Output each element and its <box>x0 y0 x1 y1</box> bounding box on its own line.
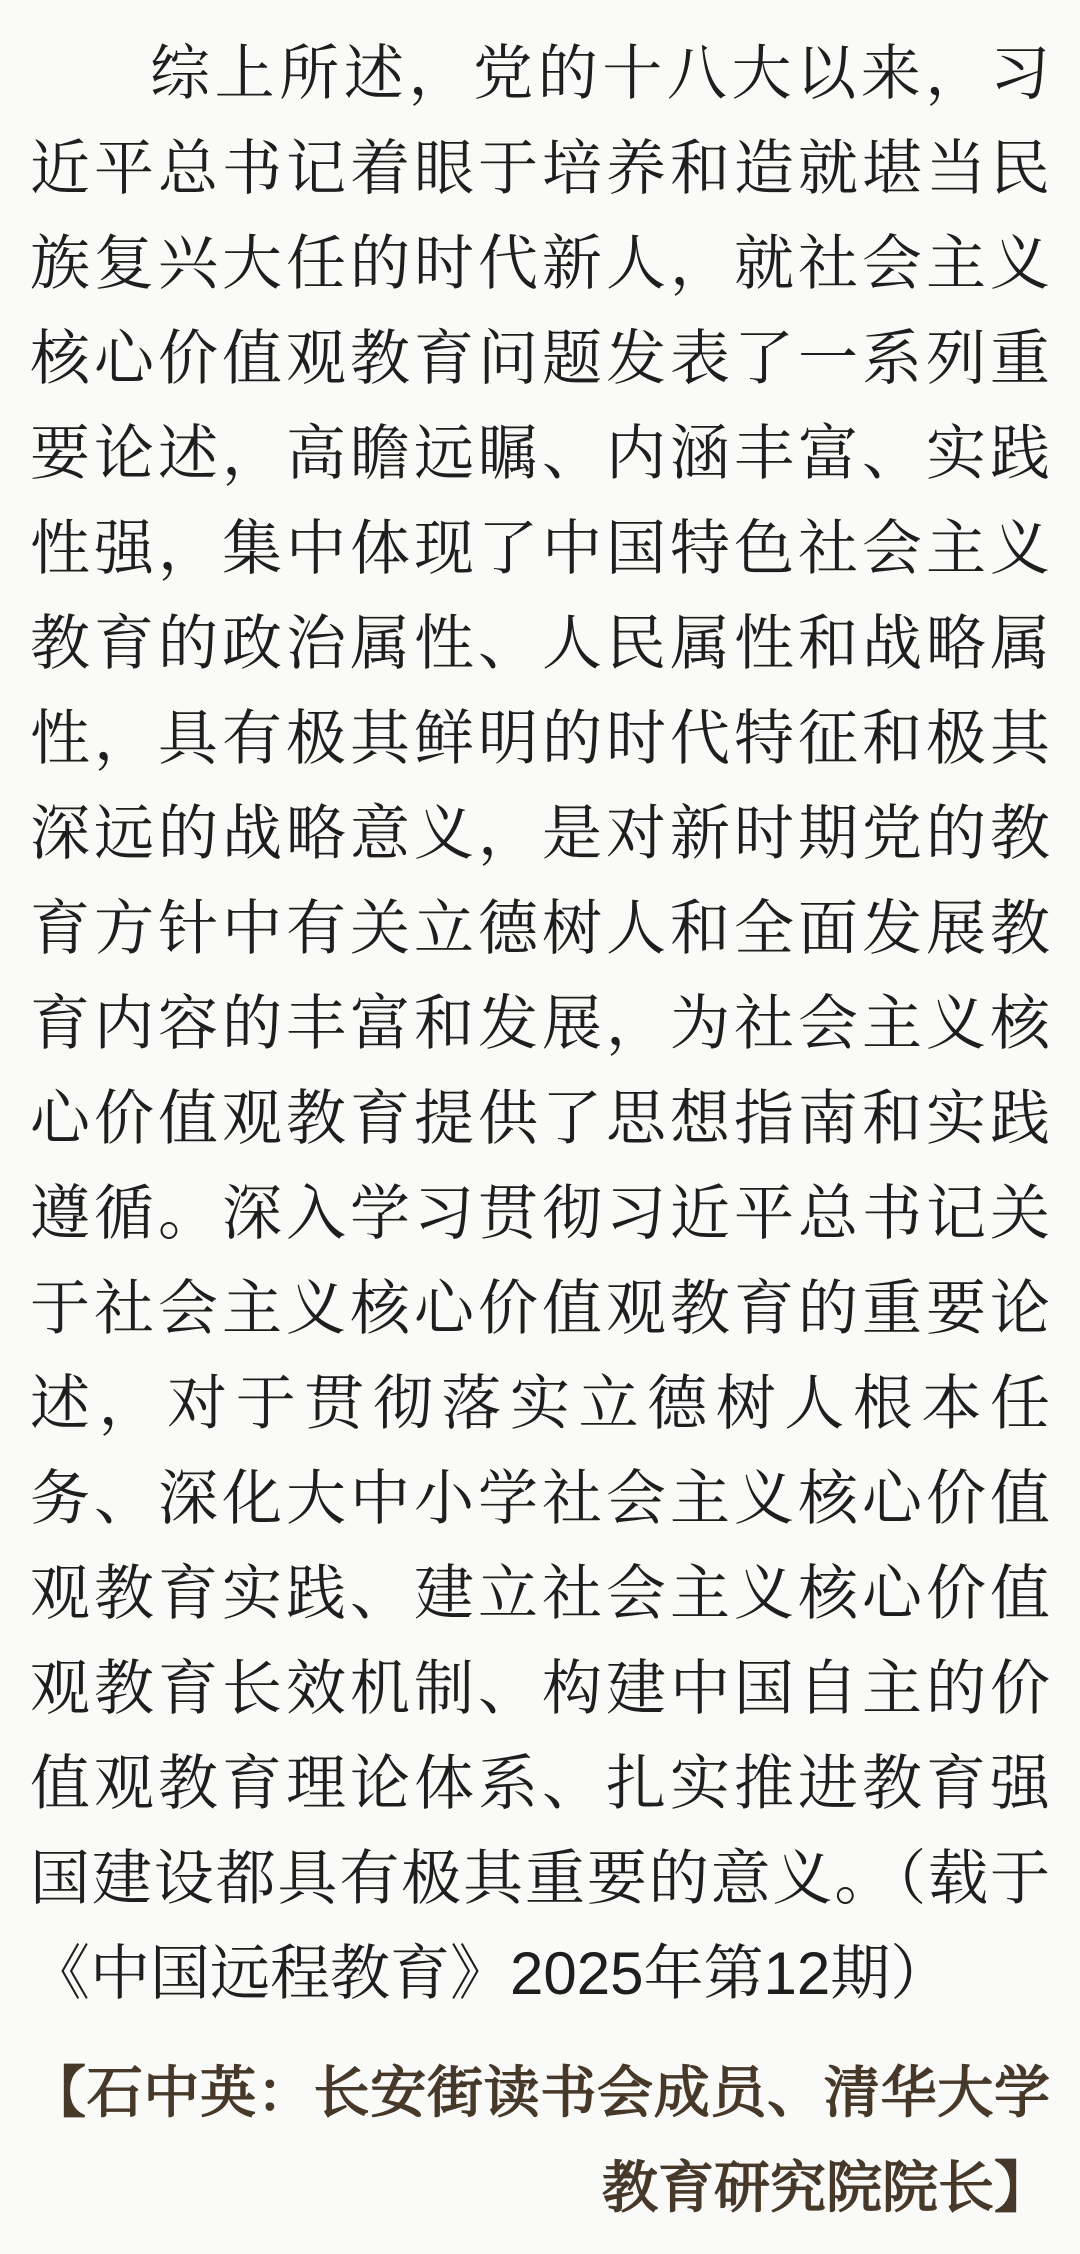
article-text-line: 性，具有极其鲜明的时代特征和极其 <box>30 691 1050 786</box>
article-text-line: 观教育长效机制、构建中国自主的价 <box>30 1641 1050 1736</box>
article-text-line: 育内容的丰富和发展，为社会主义核 <box>30 976 1050 1071</box>
article-body-text: 综上所述，党的十八大以来，习近平总书记着眼于培养和造就堪当民族复兴大任的时代新人… <box>30 26 1050 2021</box>
article-text-line: 观教育实践、建立社会主义核心价值 <box>30 1546 1050 1641</box>
article-text-line: 教育的政治属性、人民属性和战略属 <box>30 596 1050 691</box>
article-text-line: 《中国远程教育》2025年第12期） <box>30 1926 1050 2021</box>
article-text-line: 心价值观教育提供了思想指南和实践 <box>30 1071 1050 1166</box>
attribution-line-2: 教育研究院院长】 <box>30 2140 1050 2235</box>
article-text-line: 核心价值观教育问题发表了一系列重 <box>30 311 1050 406</box>
attribution-line-1: 【石中英：长安街读书会成员、清华大学 <box>30 2045 1050 2140</box>
article-text-line: 述，对于贯彻落实立德树人根本任 <box>30 1356 1050 1451</box>
article-text-line: 遵循。深入学习贯彻习近平总书记关 <box>30 1166 1050 1261</box>
article-text-line: 值观教育理论体系、扎实推进教育强 <box>30 1736 1050 1831</box>
article-page: 综上所述，党的十八大以来，习近平总书记着眼于培养和造就堪当民族复兴大任的时代新人… <box>0 0 1080 2254</box>
article-text-line: 国建设都具有极其重要的意义。（载于 <box>30 1831 1050 1926</box>
article-text-line: 于社会主义核心价值观教育的重要论 <box>30 1261 1050 1356</box>
author-attribution: 【石中英：长安街读书会成员、清华大学 教育研究院院长】 <box>30 2045 1050 2235</box>
article-text-line: 性强，集中体现了中国特色社会主义 <box>30 501 1050 596</box>
article-text-line: 族复兴大任的时代新人，就社会主义 <box>30 216 1050 311</box>
article-text-line: 深远的战略意义，是对新时期党的教 <box>30 786 1050 881</box>
article-text-line: 要论述，高瞻远瞩、内涵丰富、实践 <box>30 406 1050 501</box>
article-text-line: 综上所述，党的十八大以来，习 <box>30 26 1050 121</box>
article-text-line: 育方针中有关立德树人和全面发展教 <box>30 881 1050 976</box>
article-text-line: 近平总书记着眼于培养和造就堪当民 <box>30 121 1050 216</box>
article-text-line: 务、深化大中小学社会主义核心价值 <box>30 1451 1050 1546</box>
